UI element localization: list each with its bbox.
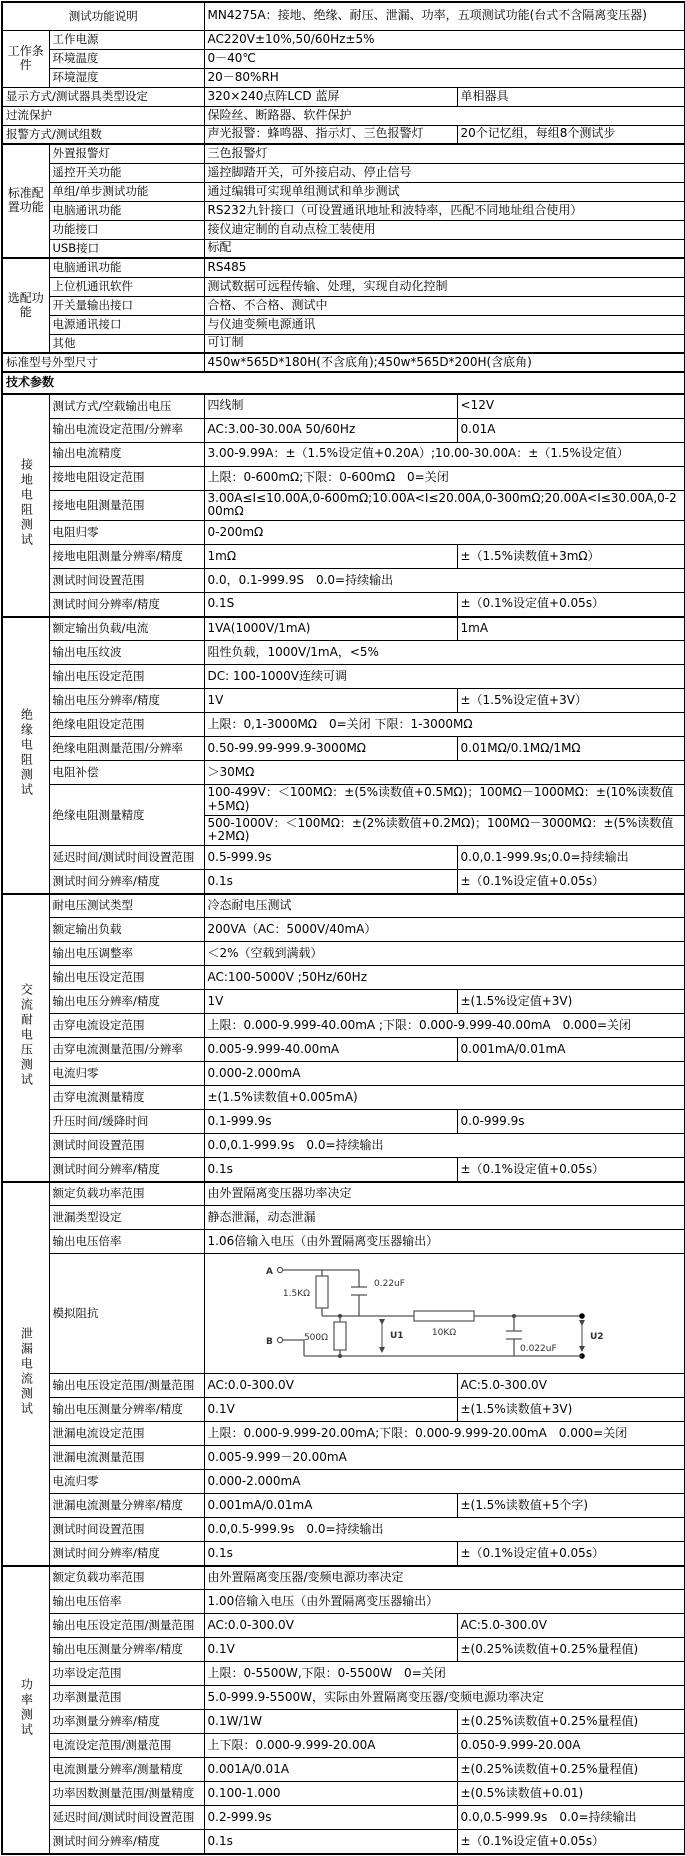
value-cell: 1.06倍输入电压（由外置隔离变压器输出）: [204, 1230, 685, 1254]
value-cell: 450w*565D*180H(不含底角);450w*565D*200H(含底角): [204, 353, 685, 372]
value-cell: 0.0,0.5-999.9s 0.0=持续输出: [457, 1806, 685, 1830]
section-label: 接地电阻测试: [19, 458, 32, 548]
label-cell: 额定输出负载/电流: [49, 617, 204, 641]
label-cell: 绝缘电阻设定范围: [49, 713, 204, 737]
value-cell: 1V: [204, 990, 457, 1014]
section-cell: 接地电阻测试: [2, 394, 49, 617]
value-cell: ±(1.5%设定值+3V): [457, 990, 685, 1014]
label-cell: 泄漏类型设定: [49, 1206, 204, 1230]
value-cell: AC:0.0-300.0V: [204, 1374, 457, 1398]
label-cell: 功率设定范围: [49, 1662, 204, 1686]
label-cell: 输出电压设定范围/测量范围: [49, 1614, 204, 1638]
section-cell: 功率测试: [2, 1566, 49, 1854]
terminal-a-label: A: [266, 1267, 273, 1277]
label-cell: USB接口: [49, 239, 204, 258]
table-row: 遥控开关功能遥控脚踏开关，可外接启动、停止信号: [2, 163, 685, 182]
label-cell: 输出电压测量分辨率/精度: [49, 1398, 204, 1422]
table-row: 泄漏电流测量范围0.005-9.999－20.00mA: [2, 1446, 685, 1470]
label-cell: 输出电压调整率: [49, 942, 204, 966]
label-cell: 环境温度: [49, 49, 204, 68]
value-cell: ±（1.5%读数值+3mΩ）: [457, 545, 685, 569]
table-row: 测试时间分辨率/精度0.1s±（0.1%设定值+0.05s）: [2, 1542, 685, 1566]
value-cell: 声光报警：蜂鸣器、指示灯、三色报警灯: [204, 125, 457, 144]
table-row: 测试时间分辨率/精度0.1s±（0.1%设定值+0.05s）: [2, 870, 685, 894]
table-row: 升压时间/缓降时间0.1-999.9s0.0-999.9s: [2, 1110, 685, 1134]
value-cell: 0.1s: [204, 1830, 457, 1854]
label-cell: 功率测量范围: [49, 1686, 204, 1710]
value-cell: 0.1V: [204, 1398, 457, 1422]
label-cell: 绝缘电阻测量范围/分辨率: [49, 737, 204, 761]
label-cell: 功率因数测量范围/测量精度: [49, 1782, 204, 1806]
value-cell: 上限：0.000-9.999-20.00mA;下限：0.000-9.999-20…: [204, 1422, 685, 1446]
section-cell: 工作条件: [2, 30, 49, 87]
table-row: 交流耐电压测试耐电压测试类型冷态耐电压测试: [2, 894, 685, 918]
value-cell: 0.0,0.1-999.9s;0.0=持续输出: [457, 846, 685, 870]
spec-sheet: 测试功能说明MN4275A：接地、绝缘、耐压、泄漏、功率，五项测试功能(台式不含…: [0, 0, 685, 1856]
value-cell: 上限：0.000-9.999-40.00mA ;下限：0.000-9.999-4…: [204, 1014, 685, 1038]
table-row: 标准型号外型尺寸450w*565D*180H(不含底角);450w*565D*2…: [2, 353, 685, 372]
value-cell: AC:100-5000V ;50Hz/60Hz: [204, 966, 685, 990]
value-cell: ±(1.5%读数值+5个字): [457, 1494, 685, 1518]
section-cell: 选配功能: [2, 258, 49, 353]
value-cell: 阻性负载，1000V/1mA，<5%: [204, 641, 685, 665]
table-row: 输出电压分辨率/精度1V±（1.5%设定值+3V）: [2, 689, 685, 713]
value-cell: RS232九针接口（可设置通讯地址和波特率，匹配不同地址组合使用）: [204, 201, 685, 220]
table-row: 选配功能电脑通讯功能RS485: [2, 258, 685, 277]
value-cell: 上限：0-600mΩ;下限：0-600mΩ 0=关闭: [204, 466, 685, 490]
section-cell: 泄漏电流测试: [2, 1182, 49, 1566]
value-cell: 1mA: [457, 617, 685, 641]
value-cell: 上下限：0.000-9.999-20.00A: [204, 1734, 457, 1758]
value-cell: 5.0-999.9-5500W，实际由外置隔离变压器/变频电源功率决定: [204, 1686, 685, 1710]
table-row: 显示方式/测试器具类型设定320×240点阵LCD 蓝屏单相器具: [2, 87, 685, 106]
label-cell: 电流归零: [49, 1062, 204, 1086]
label-cell: 测试方式/空载输出电压: [49, 394, 204, 418]
table-row: 输出电压测量分辨率/精度0.1V±(1.5%读数值+3V): [2, 1398, 685, 1422]
label-cell: 输出电压倍率: [49, 1230, 204, 1254]
label-cell: 模拟阻抗: [49, 1254, 204, 1374]
table-row: 输出电流精度3.00-9.99A：±（1.5%设定值+0.20A）;10.00-…: [2, 442, 685, 466]
table-row: 泄漏电流测试额定负载功率范围由外置隔离变压器功率决定: [2, 1182, 685, 1206]
capacitor-c1-label: 0.22uF: [374, 1279, 405, 1289]
table-row: 功率因数测量范围/测量精度0.100-1.000±(0.5%读数值+0.01): [2, 1782, 685, 1806]
resistor-r3-label: 10KΩ: [432, 1328, 456, 1338]
label-cell: 输出电压设定范围: [49, 966, 204, 990]
label-cell: 额定输出负载: [49, 918, 204, 942]
table-row: 输出电压倍率1.06倍输入电压（由外置隔离变压器输出）: [2, 1230, 685, 1254]
value-cell: ±(0.25%读数值+0.25%量程值): [457, 1758, 685, 1782]
label-cell: 测试时间分辨率/精度: [49, 1158, 204, 1182]
table-row: 输出电压设定范围DC: 100-1000V连续可调: [2, 665, 685, 689]
value-cell: 0.1s: [204, 1542, 457, 1566]
table-row: 过流保护保险丝、断路器、软件保护: [2, 106, 685, 125]
table-row: 绝缘电阻设定范围上限：0,1-3000MΩ 0=关闭 下限：1-3000MΩ: [2, 713, 685, 737]
label-cell: 功能接口: [49, 220, 204, 239]
label-cell: 工作电源: [49, 30, 204, 49]
label-cell: 外置报警灯: [49, 144, 204, 163]
section-cell: 绝缘电阻测试: [2, 617, 49, 894]
value-cell: 0.01A: [457, 418, 685, 442]
table-row: 输出电压设定范围/测量范围AC:0.0-300.0VAC:5.0-300.0V: [2, 1614, 685, 1638]
value-cell: 0.1V: [204, 1638, 457, 1662]
table-row: 击穿电流测量精度±(1.5%读数值+0.005mA): [2, 1086, 685, 1110]
table-row: 测试时间设置范围0.0，0.1-999.9S 0.0=持续输出: [2, 569, 685, 593]
section-cell: 交流耐电压测试: [2, 894, 49, 1182]
value-cell: A 1.5KΩ 0.22uF 500Ω U1 10KΩ 0.022uF U2: [204, 1254, 685, 1374]
table-row: 测试时间设置范围0.0,0.1-999.9s 0.0=持续输出: [2, 1134, 685, 1158]
label-cell: 延迟时间/测试时间设置范围: [49, 1806, 204, 1830]
value-cell: 0.1-999.9s: [204, 1110, 457, 1134]
label-cell: 耐电压测试类型: [49, 894, 204, 918]
label-cell: 电流归零: [49, 1470, 204, 1494]
value-cell: 1.00倍输入电压（由外置隔离变压器输出）: [204, 1590, 685, 1614]
table-row: 输出电压调整率＜2%（空载到满载）: [2, 942, 685, 966]
terminal-b-node: [278, 1337, 283, 1342]
label-cell: 报警方式/测试组数: [2, 125, 204, 144]
value-cell: ＞30MΩ: [204, 761, 685, 785]
value-cell: ±(1.5%读数值+3V): [457, 1398, 685, 1422]
value-cell: 0.1s: [204, 1158, 457, 1182]
table-row: 输出电压分辨率/精度1V±(1.5%设定值+3V): [2, 990, 685, 1014]
label-cell: 电流测量分辨率/测量精度: [49, 1758, 204, 1782]
label-cell: 输出电压设定范围/测量范围: [49, 1374, 204, 1398]
value-cell: 0.0,0.1-999.9s 0.0=持续输出: [204, 1134, 685, 1158]
value-cell: 200VA（AC：5000V/40mA）: [204, 918, 685, 942]
section-header: 技术参数: [2, 372, 685, 394]
value-cell: 上限：0,1-3000MΩ 0=关闭 下限：1-3000MΩ: [204, 713, 685, 737]
label-cell: 升压时间/缓降时间: [49, 1110, 204, 1134]
value-cell: 0-200mΩ: [204, 521, 685, 545]
label-cell: 显示方式/测试器具类型设定: [2, 87, 204, 106]
u1-label: U1: [390, 1331, 404, 1341]
capacitor-c2: [506, 1331, 522, 1339]
table-row: 绝缘电阻测量范围/分辨率0.50-99.99-999.9-3000MΩ0.01M…: [2, 737, 685, 761]
label-cell: 电阻归零: [49, 521, 204, 545]
table-row: 绝缘电阻测试额定输出负载/电流1VA(1000V/1mA)1mA: [2, 617, 685, 641]
value-cell: 上限：0-5500W,下限：0-5500W 0=关闭: [204, 1662, 685, 1686]
value-cell: AC:3.00-30.00A 50/60Hz: [204, 418, 457, 442]
label-cell: 输出电压分辨率/精度: [49, 990, 204, 1014]
table-row: 击穿电流设定范围上限：0.000-9.999-40.00mA ;下限：0.000…: [2, 1014, 685, 1038]
value-cell: 0.1W/1W: [204, 1710, 457, 1734]
resistor-r3: [414, 1311, 474, 1321]
table-row: 电流归零0.000-2.000mA: [2, 1062, 685, 1086]
resistor-r1: [316, 1276, 328, 1308]
label-cell: 电脑通讯功能: [49, 258, 204, 277]
value-cell: ±(0.25%读数值+0.25%量程值): [457, 1638, 685, 1662]
value-cell: RS485: [204, 258, 685, 277]
value-cell: DC: 100-1000V连续可调: [204, 665, 685, 689]
table-row: 环境温度0－40℃: [2, 49, 685, 68]
value-cell: 0.0,0.5-999.9s 0.0=持续输出: [204, 1518, 685, 1542]
label-cell: 测试时间分辨率/精度: [49, 593, 204, 617]
section-cell: 标准配置功能: [2, 144, 49, 258]
table-row: 输出电压设定范围/测量范围AC:0.0-300.0VAC:5.0-300.0V: [2, 1374, 685, 1398]
value-cell: ±（0.1%设定值+0.05s）: [457, 1542, 685, 1566]
label-cell: 测试时间设置范围: [49, 1134, 204, 1158]
table-row: 模拟阻抗 A 1.5KΩ 0.22uF 500Ω U1 10KΩ: [2, 1254, 685, 1374]
value-cell: 0.005-9.999-40.00mA: [204, 1038, 457, 1062]
label-cell: 测试时间分辨率/精度: [49, 1830, 204, 1854]
label-cell: 泄漏电流测量分辨率/精度: [49, 1494, 204, 1518]
label-cell: 输出电流精度: [49, 442, 204, 466]
value-cell: 0－40℃: [204, 49, 685, 68]
resistor-r2-label: 500Ω: [304, 1333, 328, 1343]
label-cell: 电流设定范围/测量范围: [49, 1734, 204, 1758]
value-cell: ＜2%（空载到满载）: [204, 942, 685, 966]
value-cell: ±(0.25%读数值+0.25%量程值): [457, 1710, 685, 1734]
value-cell: 0.001mA/0.01mA: [457, 1038, 685, 1062]
table-row: 接地电阻测试测试方式/空载输出电压四线制<12V: [2, 394, 685, 418]
table-row: 额定输出负载200VA（AC：5000V/40mA）: [2, 918, 685, 942]
label-cell: 测试时间分辨率/精度: [49, 870, 204, 894]
value-cell: 0.0-999.9s: [457, 1110, 685, 1134]
label-cell: 单组/单步测试功能: [49, 182, 204, 201]
section-label: 功率测试: [19, 1678, 32, 1738]
label-cell: 功率测量分辨率/精度: [49, 1710, 204, 1734]
label-cell: 电阻补偿: [49, 761, 204, 785]
value-cell: 0.0，0.1-999.9S 0.0=持续输出: [204, 569, 685, 593]
output-node-top: [579, 1313, 585, 1319]
value-cell: ±（0.1%设定值+0.05s）: [457, 593, 685, 617]
label-cell: 接地电阻测量范围: [49, 490, 204, 521]
label-cell: 标准型号外型尺寸: [2, 353, 204, 372]
label-cell: 测试时间设置范围: [49, 569, 204, 593]
table-row: 功率测量分辨率/精度0.1W/1W±(0.25%读数值+0.25%量程值): [2, 1710, 685, 1734]
label-cell: 开关量输出接口: [49, 296, 204, 315]
value-cell: 保险丝、断路器、软件保护: [204, 106, 685, 125]
value-cell: 0.000-2.000mA: [204, 1062, 685, 1086]
table-row: 接地电阻设定范围上限：0-600mΩ;下限：0-600mΩ 0=关闭: [2, 466, 685, 490]
table-row: 开关量输出接口合格、不合格、测试中: [2, 296, 685, 315]
value-cell: 0.50-99.99-999.9-3000MΩ: [204, 737, 457, 761]
value-cell: AC:0.0-300.0V: [204, 1614, 457, 1638]
value-cell: 三色报警灯: [204, 144, 685, 163]
table-row: 功率测试额定负载功率范围由外置隔离变压器/变频电源功率决定: [2, 1566, 685, 1590]
value-cell: 500-1000V：＜100MΩ：±(2%读数值+0.2MΩ)；100MΩ－30…: [204, 815, 685, 846]
table-row: 测试时间分辨率/精度0.1s±（0.1%设定值+0.05s）: [2, 1158, 685, 1182]
table-row: 功率设定范围上限：0-5500W,下限：0-5500W 0=关闭: [2, 1662, 685, 1686]
value-cell: ±（0.1%设定值+0.05s）: [457, 1830, 685, 1854]
section-label: 绝缘电阻测试: [19, 708, 32, 798]
value-cell: 0.000-2.000mA: [204, 1470, 685, 1494]
capacitor-c2-label: 0.022uF: [520, 1344, 557, 1354]
value-cell: 遥控脚踏开关，可外接启动、停止信号: [204, 163, 685, 182]
impedance-circuit-diagram: A 1.5KΩ 0.22uF 500Ω U1 10KΩ 0.022uF U2: [264, 1256, 624, 1368]
label-cell: 绝缘电阻测量精度: [49, 785, 204, 846]
label-cell: 泄漏电流测量范围: [49, 1446, 204, 1470]
label-cell: 击穿电流测量范围/分辨率: [49, 1038, 204, 1062]
label-cell: 遥控开关功能: [49, 163, 204, 182]
value-cell: 0.005-9.999－20.00mA: [204, 1446, 685, 1470]
label-cell: 输出电压纹波: [49, 641, 204, 665]
value-cell: 与仪迪变频电源通讯: [204, 315, 685, 334]
value-cell: 测试数据可远程传输、处理，实现自动化控制: [204, 277, 685, 296]
label-cell: 额定负载功率范围: [49, 1566, 204, 1590]
value-cell: ±（0.1%设定值+0.05s）: [457, 870, 685, 894]
table-row: 功能接口接仪迪定制的自动点检工装使用: [2, 220, 685, 239]
table-row: 输出电流设定范围/分辨率AC:3.00-30.00A 50/60Hz0.01A: [2, 418, 685, 442]
table-row: 泄漏类型设定静态泄漏，动态泄漏: [2, 1206, 685, 1230]
label-cell: 其他: [49, 334, 204, 353]
label-cell: 电脑通讯功能: [49, 201, 204, 220]
table-row: 输出电压设定范围AC:100-5000V ;50Hz/60Hz: [2, 966, 685, 990]
value-cell: ±（1.5%设定值+3V）: [457, 689, 685, 713]
label-cell: 环境湿度: [49, 68, 204, 87]
label-cell: 泄漏电流设定范围: [49, 1422, 204, 1446]
value-cell: MN4275A：接地、绝缘、耐压、泄漏、功率，五项测试功能(台式不含隔离变压器): [204, 2, 685, 30]
table-row: 测试时间分辨率/精度0.1S±（0.1%设定值+0.05s）: [2, 593, 685, 617]
value-cell: 320×240点阵LCD 蓝屏: [204, 87, 457, 106]
value-cell: AC:5.0-300.0V: [457, 1374, 685, 1398]
value-cell: ±（0.1%设定值+0.05s）: [457, 1158, 685, 1182]
value-cell: 1mΩ: [204, 545, 457, 569]
table-row: 其他可订制: [2, 334, 685, 353]
table-row: 电流设定范围/测量范围上下限：0.000-9.999-20.00A0.050-9…: [2, 1734, 685, 1758]
table-row: 绝缘电阻测量精度100-499V：＜100MΩ：±(5%读数值+0.5MΩ)；1…: [2, 785, 685, 816]
label-cell: 输出电压测量分辨率/精度: [49, 1638, 204, 1662]
value-cell: 3.00-9.99A：±（1.5%设定值+0.20A）;10.00-30.00A…: [204, 442, 685, 466]
value-cell: ±(0.5%读数值+0.01): [457, 1782, 685, 1806]
table-row: 电源通讯接口与仪迪变频电源通讯: [2, 315, 685, 334]
table-row: 测试时间设置范围0.0,0.5-999.9s 0.0=持续输出: [2, 1518, 685, 1542]
value-cell: 可订制: [204, 334, 685, 353]
table-row: 技术参数: [2, 372, 685, 394]
label-cell: 上位机通讯软件: [49, 277, 204, 296]
label-cell: 测试时间设置范围: [49, 1518, 204, 1542]
value-cell: 由外置隔离变压器功率决定: [204, 1182, 685, 1206]
table-row: 测试时间分辨率/精度0.1s±（0.1%设定值+0.05s）: [2, 1830, 685, 1854]
table-row: 电阻归零0-200mΩ: [2, 521, 685, 545]
value-cell: 通过编辑可实现单组测试和单步测试: [204, 182, 685, 201]
label-cell: 输出电压倍率: [49, 1590, 204, 1614]
value-cell: ±(1.5%读数值+0.005mA): [204, 1086, 685, 1110]
table-row: 泄漏电流测量分辨率/精度0.001mA/0.01mA±(1.5%读数值+5个字): [2, 1494, 685, 1518]
table-row: 输出电压倍率1.00倍输入电压（由外置隔离变压器输出）: [2, 1590, 685, 1614]
label-cell: 击穿电流设定范围: [49, 1014, 204, 1038]
table-row: 功率测量范围5.0-999.9-5500W，实际由外置隔离变压器/变频电源功率决…: [2, 1686, 685, 1710]
value-cell: 0.001mA/0.01mA: [204, 1494, 457, 1518]
table-row: 上位机通讯软件测试数据可远程传输、处理，实现自动化控制: [2, 277, 685, 296]
table-row: 泄漏电流设定范围上限：0.000-9.999-20.00mA;下限：0.000-…: [2, 1422, 685, 1446]
value-cell: AC:5.0-300.0V: [457, 1614, 685, 1638]
label-cell: 击穿电流测量精度: [49, 1086, 204, 1110]
value-cell: 1VA(1000V/1mA): [204, 617, 457, 641]
terminal-a-node: [278, 1267, 283, 1272]
table-row: 输出电压纹波阻性负载，1000V/1mA，<5%: [2, 641, 685, 665]
value-cell: 0.100-1.000: [204, 1782, 457, 1806]
section-label: 交流耐电压测试: [19, 983, 32, 1088]
value-cell: 0.1S: [204, 593, 457, 617]
value-cell: 合格、不合格、测试中: [204, 296, 685, 315]
label-cell: 接地电阻测量分辨率/精度: [49, 545, 204, 569]
value-cell: 四线制: [204, 394, 457, 418]
value-cell: 单相器具: [457, 87, 685, 106]
table-row: 接地电阻测量范围3.00A≤I≤10.00A,0-600mΩ;10.00A<I≤…: [2, 490, 685, 521]
value-cell: 100-499V：＜100MΩ：±(5%读数值+0.5MΩ)；100MΩ－100…: [204, 785, 685, 816]
spec-table: 测试功能说明MN4275A：接地、绝缘、耐压、泄漏、功率，五项测试功能(台式不含…: [1, 1, 685, 1855]
table-row: 报警方式/测试组数声光报警：蜂鸣器、指示灯、三色报警灯20个记忆组，每组8个测试…: [2, 125, 685, 144]
value-cell: 0.001A/0.01A: [204, 1758, 457, 1782]
value-cell: 1V: [204, 689, 457, 713]
table-row: 延迟时间/测试时间设置范围0.2-999.9s0.0,0.5-999.9s 0.…: [2, 1806, 685, 1830]
label-cell: 输出电压设定范围: [49, 665, 204, 689]
section-label: 泄漏电流测试: [19, 1327, 32, 1417]
table-row: 测试功能说明MN4275A：接地、绝缘、耐压、泄漏、功率，五项测试功能(台式不含…: [2, 2, 685, 30]
table-row: 电阻补偿＞30MΩ: [2, 761, 685, 785]
label-cell: 额定负载功率范围: [49, 1182, 204, 1206]
value-cell: 3.00A≤I≤10.00A,0-600mΩ;10.00A<I≤20.00A,0…: [204, 490, 685, 521]
table-row: 单组/单步测试功能通过编辑可实现单组测试和单步测试: [2, 182, 685, 201]
value-cell: 20－80%RH: [204, 68, 685, 87]
value-cell: 标配: [204, 239, 685, 258]
label-cell: 接地电阻设定范围: [49, 466, 204, 490]
label-cell: 输出电压分辨率/精度: [49, 689, 204, 713]
value-cell: <12V: [457, 394, 685, 418]
value-cell: 冷态耐电压测试: [204, 894, 685, 918]
value-cell: 接仪迪定制的自动点检工装使用: [204, 220, 685, 239]
value-cell: 0.2-999.9s: [204, 1806, 457, 1830]
value-cell: 0.050-9.999-20.00A: [457, 1734, 685, 1758]
value-cell: 由外置隔离变压器/变频电源功率决定: [204, 1566, 685, 1590]
value-cell: 0.1s: [204, 870, 457, 894]
table-row: 电流归零0.000-2.000mA: [2, 1470, 685, 1494]
label-cell: 电源通讯接口: [49, 315, 204, 334]
capacitor-c1: [351, 1287, 367, 1295]
value-cell: 0.5-999.9s: [204, 846, 457, 870]
label-cell: 测试功能说明: [2, 2, 204, 30]
table-row: 环境湿度20－80%RH: [2, 68, 685, 87]
table-row: 接地电阻测量分辨率/精度1mΩ±（1.5%读数值+3mΩ）: [2, 545, 685, 569]
table-row: 延迟时间/测试时间设置范围0.5-999.9s0.0,0.1-999.9s;0.…: [2, 846, 685, 870]
resistor-r1-label: 1.5KΩ: [283, 1289, 310, 1299]
terminal-b-label: B: [266, 1337, 273, 1347]
value-cell: 0.01MΩ/0.1MΩ/1MΩ: [457, 737, 685, 761]
label-cell: 过流保护: [2, 106, 204, 125]
table-row: 工作条件工作电源AC220V±10%,50/60Hz±5%: [2, 30, 685, 49]
table-row: 输出电压测量分辨率/精度0.1V±(0.25%读数值+0.25%量程值): [2, 1638, 685, 1662]
value-cell: AC220V±10%,50/60Hz±5%: [204, 30, 685, 49]
table-row: 电流测量分辨率/测量精度0.001A/0.01A±(0.25%读数值+0.25%…: [2, 1758, 685, 1782]
label-cell: 输出电流设定范围/分辨率: [49, 418, 204, 442]
u2-label: U2: [590, 1332, 604, 1342]
table-row: 电脑通讯功能RS232九针接口（可设置通讯地址和波特率，匹配不同地址组合使用）: [2, 201, 685, 220]
table-row: 击穿电流测量范围/分辨率0.005-9.999-40.00mA0.001mA/0…: [2, 1038, 685, 1062]
label-cell: 测试时间分辨率/精度: [49, 1542, 204, 1566]
label-cell: 延迟时间/测试时间设置范围: [49, 846, 204, 870]
resistor-r2: [334, 1322, 346, 1350]
table-row: USB接口标配: [2, 239, 685, 258]
value-cell: 静态泄漏，动态泄漏: [204, 1206, 685, 1230]
value-cell: 20个记忆组，每组8个测试步: [457, 125, 685, 144]
table-row: 标准配置功能外置报警灯三色报警灯: [2, 144, 685, 163]
